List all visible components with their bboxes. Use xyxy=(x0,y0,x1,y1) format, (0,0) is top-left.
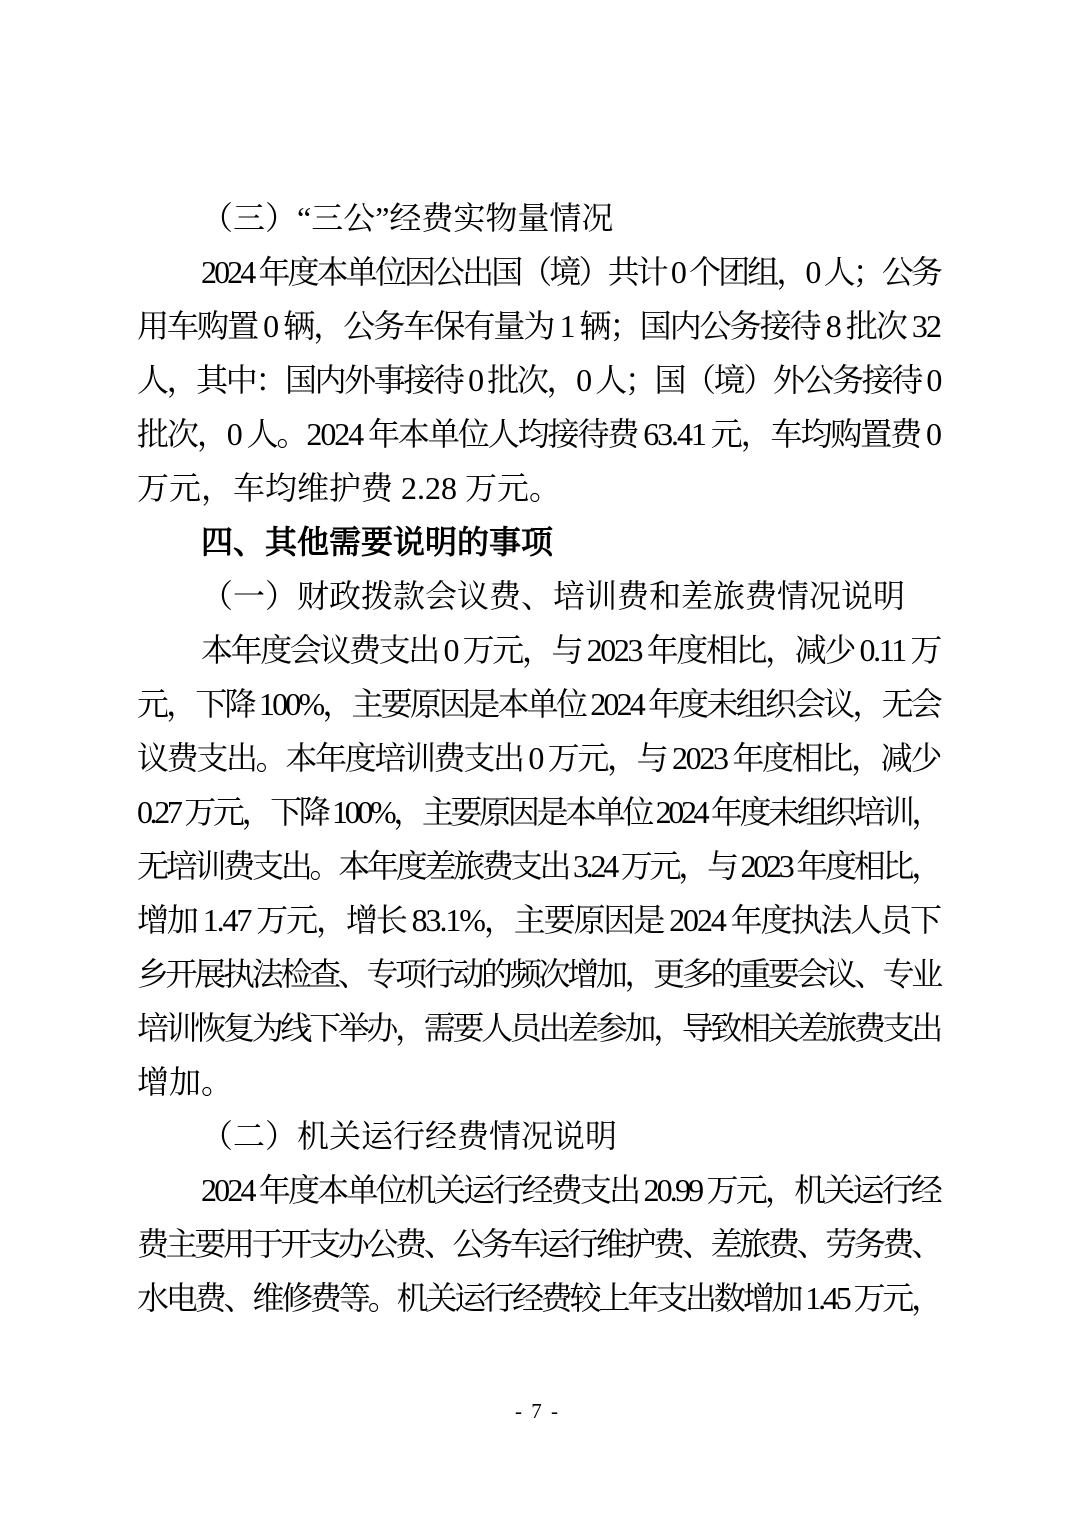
document-body: （三）“三公”经费实物量情况2024 年度本单位因公出国（境）共计 0 个团组，… xyxy=(137,191,940,1325)
heading-section-4-1: （一）财政拨款会议费、培训费和差旅费情况说明 xyxy=(137,569,940,623)
text-line: 2024 年度本单位因公出国（境）共计 0 个团组，0 人；公务 xyxy=(137,245,940,299)
text-line: （三）“三公”经费实物量情况 xyxy=(137,191,940,245)
heading-section-4: 四、其他需要说明的事项 xyxy=(137,515,940,569)
text-line: （二）机关运行经费情况说明 xyxy=(137,1109,940,1163)
text-line: 水电费、维修费等。机关运行经费较上年支出数增加 1.45 万元， xyxy=(137,1271,940,1325)
text-line: 费主要用于开支办公费、公务车运行维护费、差旅费、劳务费、 xyxy=(137,1217,940,1271)
text-line: 增加 1.47 万元，增长 83.1%，主要原因是 2024 年度执法人员下 xyxy=(137,893,940,947)
text-line: 增加。 xyxy=(137,1055,940,1109)
page-number: - 7 - xyxy=(0,1399,1075,1424)
text-line: 批次，0 人。2024 年本单位人均接待费 63.41 元，车均购置费 0 xyxy=(137,407,940,461)
text-line: 乡开展执法检查、专项行动的频次增加，更多的重要会议、专业 xyxy=(137,947,940,1001)
para-section-4-1: 本年度会议费支出 0 万元，与 2023 年度相比，减少 0.11 万元，下降 … xyxy=(137,623,940,1109)
text-line: 四、其他需要说明的事项 xyxy=(137,515,940,569)
text-line: 2024 年度本单位机关运行经费支出 20.99 万元，机关运行经 xyxy=(137,1163,940,1217)
text-line: 万元，车均维护费 2.28 万元。 xyxy=(137,461,940,515)
heading-section-4-2: （二）机关运行经费情况说明 xyxy=(137,1109,940,1163)
heading-section-3: （三）“三公”经费实物量情况 xyxy=(137,191,940,245)
text-line: 培训恢复为线下举办，需要人员出差参加，导致相关差旅费支出 xyxy=(137,1001,940,1055)
text-line: 人，其中：国内外事接待 0 批次，0 人；国（境）外公务接待 0 xyxy=(137,353,940,407)
para-section-4-2: 2024 年度本单位机关运行经费支出 20.99 万元，机关运行经费主要用于开支… xyxy=(137,1163,940,1325)
document-page: （三）“三公”经费实物量情况2024 年度本单位因公出国（境）共计 0 个团组，… xyxy=(0,0,1075,1520)
text-line: 0.27 万元，下降 100%，主要原因是本单位 2024 年度未组织培训， xyxy=(137,785,940,839)
text-line: 无培训费支出。本年度差旅费支出 3.24 万元，与 2023 年度相比， xyxy=(137,839,940,893)
text-line: 议费支出。本年度培训费支出 0 万元，与 2023 年度相比，减少 xyxy=(137,731,940,785)
text-line: 元，下降 100%，主要原因是本单位 2024 年度未组织会议，无会 xyxy=(137,677,940,731)
text-line: 用车购置 0 辆，公务车保有量为 1 辆；国内公务接待 8 批次 32 xyxy=(137,299,940,353)
text-line: 本年度会议费支出 0 万元，与 2023 年度相比，减少 0.11 万 xyxy=(137,623,940,677)
para-section-3: 2024 年度本单位因公出国（境）共计 0 个团组，0 人；公务用车购置 0 辆… xyxy=(137,245,940,515)
text-line: （一）财政拨款会议费、培训费和差旅费情况说明 xyxy=(137,569,940,623)
